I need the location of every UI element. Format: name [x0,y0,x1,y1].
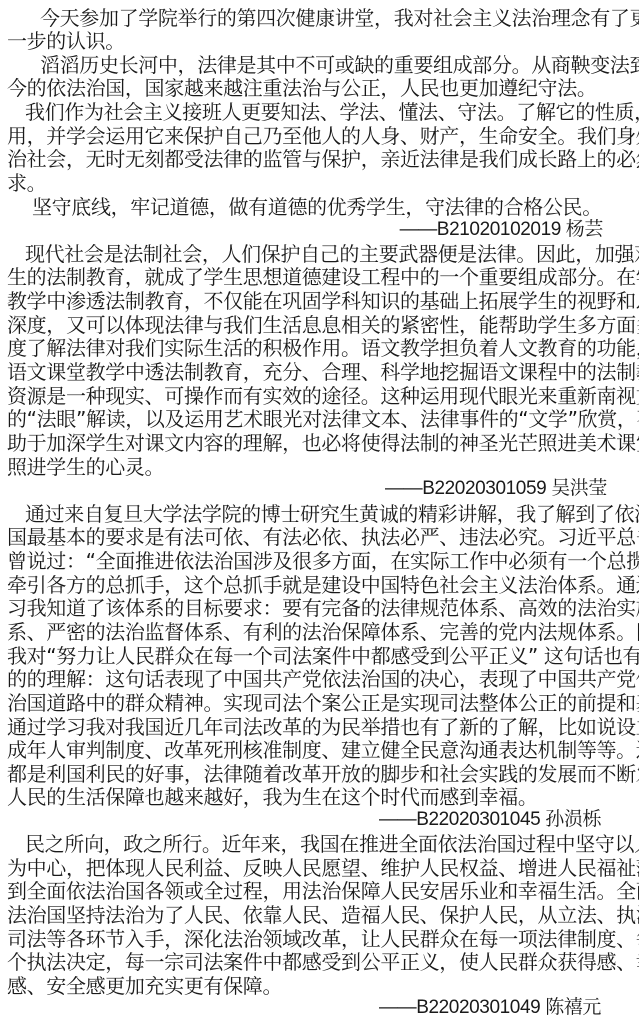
author-signature: ——B21020102019 杨芸 [400,218,603,242]
paragraph-line: 治国道路中的群众精神。实现司法个案公正是实现司法整体公正的前提和基础。 [7,691,639,715]
paragraph-line: 民之所向，政之所行。近年来，我国在推进全面依法治国过程中坚守以人民 [25,832,639,856]
paragraph-line: 语文课堂教学中透法制教育，充分、合理、科学地挖掘语文课程中的法制教育 [7,360,639,384]
paragraph-line: 感、安全感更加充实更有保障。 [7,974,282,998]
paragraph-line: 法治国坚持法治为了人民、依靠人民、造福人民、保护人民，从立法、执法、 [7,903,639,927]
paragraph-line: 为中心，把体现人民利益、反映人民愿望、维护人民权益、增进人民福祉落实 [7,856,639,880]
paragraph-line: 用，并学会运用它来保护自己乃至他人的人身、财产，生命安全。我们身处法 [7,124,639,148]
paragraph-line: 到全面依法治国各领或全过程，用法治保障人民安居乐业和幸福生活。全面依 [7,879,639,903]
paragraph-line: 助于加深学生对课文内容的理解，也必将使得法制的神圣光芒照进美术课堂， [7,431,639,455]
paragraph-line: 曾说过：“全面推进依法治国涉及很多方面，在实际工作中必须有一个总揽全局、 [7,549,639,573]
paragraph-line: 通过来自复旦大学法学院的博士研究生黄诚的精彩讲解，我了解到了依法治 [25,502,639,526]
paragraph-line: 滔滔历史长河中，法律是其中不可或缺的重要组成部分。从商鞅变法到如 [40,53,639,77]
paragraph-line: 我们作为社会主义接班人更要知法、学法、懂法、守法。了解它的性质，作 [25,100,639,124]
paragraph-line: 司法等各环节入手，深化法治领域改革，让人民群众在每一项法律制度、每一 [7,927,639,951]
paragraph-line: 现代社会是法制社会，人们保护自己的主要武器便是法律。因此，加强对学 [25,242,639,266]
paragraph-line: 通过学习我对我国近几年司法改革的为民举措也有了新的了解，比如说设立未 [7,715,639,739]
paragraph-line: 治社会，无时无刻都受法律的监管与保护，亲近法律是我们成长路上的必然要 [7,147,639,171]
paragraph-line: 系、严密的法治监督体系、有利的法治保障体系、完善的党内法规体系。同时 [7,620,639,644]
paragraph-line: 照进学生的心灵。 [7,455,164,479]
author-signature: ——B22020301049 陈禧元 [379,996,601,1020]
paragraph-line: 今的依法治国，国家越来越注重法治与公正，人民也更加遵纪守法。 [7,76,597,100]
paragraph-line: 今天参加了学院举行的第四次健康讲堂，我对社会主义法治理念有了更进 [40,6,639,30]
paragraph-line: 一步的认识。 [7,29,125,53]
document-page: 今天参加了学院举行的第四次健康讲堂，我对社会主义法治理念有了更进一步的认识。滔滔… [0,0,639,1026]
paragraph-line: 牵引各方的总抓手，这个总抓手就是建设中国特色社会主义法治体系。通过学 [7,573,639,597]
paragraph-line: 成年人审判制度、改革死刑核准制度、建立健全民意沟通表达机制等等。这些 [7,738,639,762]
paragraph-line: 我对“努力让人民群众在每一个司法案件中都感受到公平正义” 这句话也有了新 [7,644,639,668]
paragraph-line: 资源是一种现实、可操作而有实效的途径。这种运用现代眼光来重新南视文本 [7,384,639,408]
paragraph-line: 习我知道了该体系的目标要求：要有完备的法律规范体系、高效的法治实施体 [7,596,639,620]
paragraph-line: 度了解法律对我们实际生活的积极作用。语文教学担负着人文教育的功能，在 [7,336,639,360]
paragraph-line: 都是利国利民的好事，法律随着改革开放的脚步和社会实践的发展而不断发展， [7,762,639,786]
paragraph-line: 坚守底线，牢记道德，做有道德的优秀学生，守法律的合格公民。 [32,195,602,219]
paragraph-line: 深度，又可以体现法律与我们生活息息相关的紧密性，能帮助学生多方面多角 [7,313,639,337]
author-signature: ——B22020301059 吴洪莹 [385,477,607,501]
paragraph-line: 求。 [7,171,46,195]
paragraph-line: 人民的生活保障也越来越好，我为生在这个时代而感到幸福。 [7,785,538,809]
paragraph-line: 的的理解：这句话表现了中国共产党依法治国的决心，表现了中国共产党依法 [7,667,639,691]
paragraph-line: 生的法制教育，就成了学生思想道德建设工程中的一个重要组成部分。在学科 [7,265,639,289]
paragraph-line: 的“法眼”解读，以及运用艺术眼光对法律文本、法律事件的“文学”欣赏，不仅有 [7,407,639,431]
paragraph-line: 个执法决定，每一宗司法案件中都感受到公平正义，使人民群众获得感、幸福 [7,950,639,974]
paragraph-line: 教学中渗透法制教育，不仅能在巩固学科知识的基础上拓展学生的视野和思维 [7,289,639,313]
paragraph-line: 国最基本的要求是有法可依、有法必依、执法必严、违法必究。习近平总书记 [7,525,639,549]
author-signature: ——B22020301045 孙涢栎 [379,808,601,832]
